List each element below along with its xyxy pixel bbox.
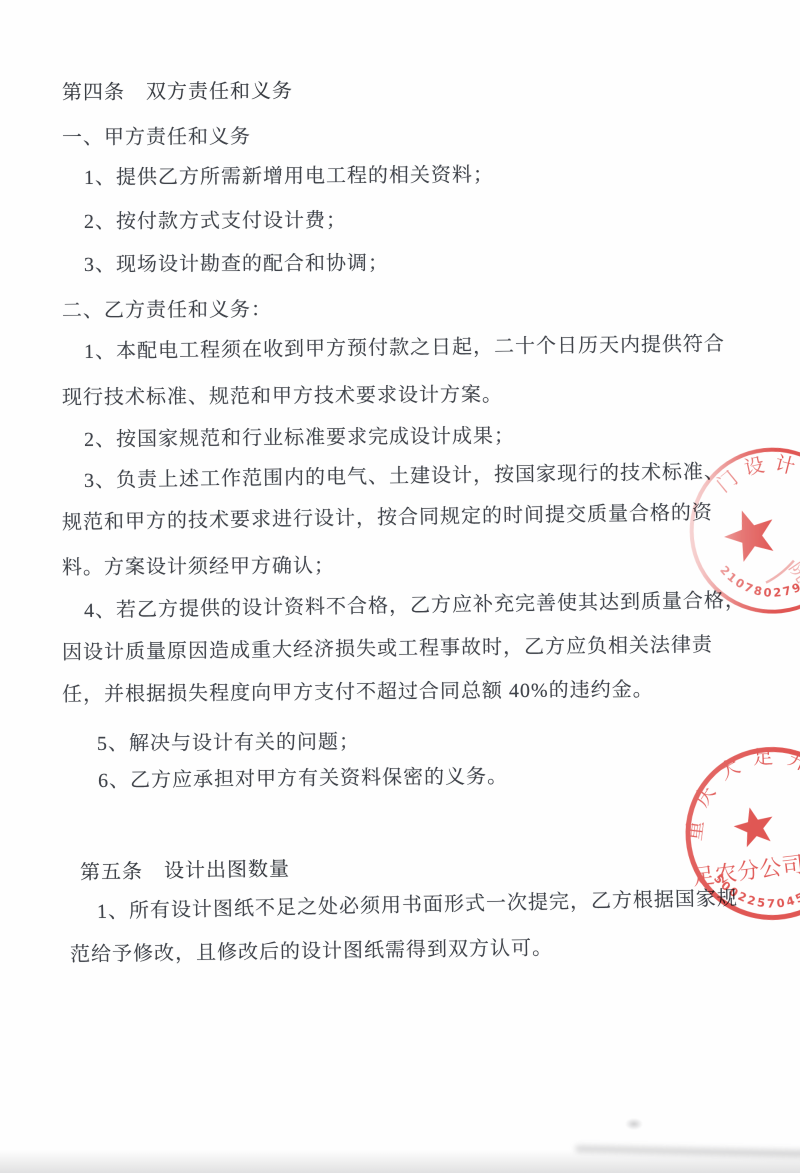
design-institute-stamp: 门设计 院 21078027957 — [645, 420, 800, 651]
article-5-item-1-line-2: 范给予修改，且修改后的设计图纸需得到双方认可。 — [70, 931, 553, 967]
article-5-item-1-line-1: 1、所有设计图纸不足之处必须用书面形式一次提完，乙方根据国家规 — [97, 882, 738, 924]
party-b-heading: 二、乙方责任和义务： — [62, 293, 272, 323]
article-5-heading: 第五条 设计出图数量 — [80, 852, 290, 885]
party-b-item-3-line-3: 料。方案设计须经甲方确认； — [62, 549, 335, 580]
party-b-item-6: 6、乙方应承担对甲方有关资料保密的义务。 — [98, 760, 508, 793]
party-b-item-4-line-3: 任，并根据损失程度向甲方支付不超过合同总额 40%的违约金。 — [62, 673, 654, 707]
party-b-item-4-line-2: 因设计质量原因造成重大经济损失或工程事故时，乙方应负相关法律责 — [62, 628, 713, 665]
party-b-item-4-line-1: 4、若乙方提供的设计资料不合格，乙方应补充完善使其达到质量合格， — [84, 584, 746, 623]
scanned-contract-page: 第四条 双方责任和义务 一、甲方责任和义务 1、提供乙方所需新增用电工程的相关资… — [0, 0, 800, 1173]
party-a-item-1: 1、提供乙方所需新增用电工程的相关资料； — [84, 158, 494, 190]
party-b-item-5: 5、解决与设计有关的问题； — [97, 725, 360, 756]
company-branch-stamp: 重庆大足开发建设有 足农分公司 5002257045960 — [642, 710, 800, 955]
stamp-branch-text: 足农分公司 — [691, 852, 800, 891]
stamp-star-icon — [730, 802, 778, 849]
party-a-item-3: 3、现场设计勘查的配合和协调； — [84, 246, 389, 277]
party-b-item-3-line-2: 规范和甲方的技术要求进行设计，按合同规定的时间提交质量合格的资 — [62, 496, 713, 535]
party-b-item-3-line-1: 3、负责上述工作范围内的电气、土建设计，按国家现行的技术标准、 — [84, 455, 725, 493]
scan-smudge-mark — [625, 1118, 643, 1130]
party-a-heading: 一、甲方责任和义务 — [62, 120, 251, 150]
party-b-item-2: 2、按国家规范和行业标准要求完成设计成果； — [84, 419, 515, 452]
stamp-ring-text: 门设计 — [710, 448, 800, 499]
stamp-star-icon — [718, 502, 783, 565]
party-a-item-2: 2、按付款方式支付设计费； — [84, 204, 347, 234]
article-4-heading: 第四条 双方责任和义务 — [62, 74, 293, 105]
party-b-item-1-line-1: 1、本配电工程须在收到甲方预付款之日起，二十个日历天内提供符合 — [84, 327, 725, 364]
party-b-item-1-line-2: 现行技术标准、规范和甲方技术要求设计方案。 — [62, 378, 503, 410]
stray-ink-dot: · — [582, 676, 588, 697]
scan-bottom-shadow — [0, 1150, 800, 1173]
